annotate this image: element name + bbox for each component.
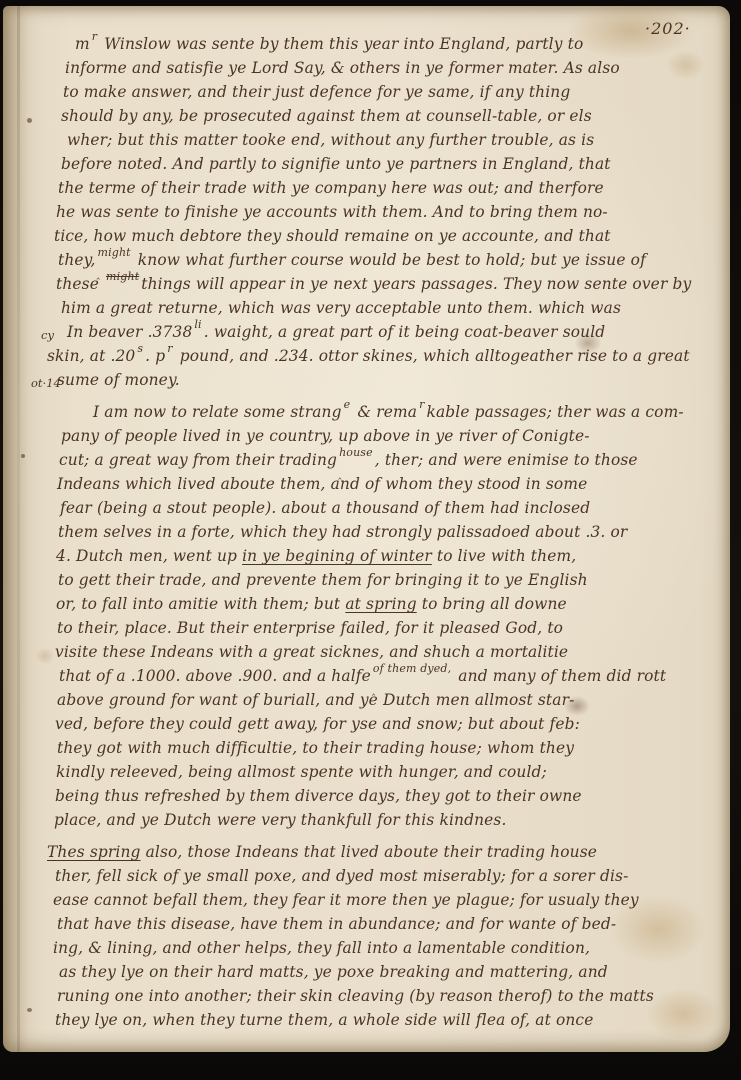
insertion-text: might bbox=[98, 248, 131, 258]
text-run: ther, fell sick of ye small poxe, and dy… bbox=[55, 867, 628, 885]
interlinear-insertion: li bbox=[192, 320, 203, 344]
manuscript-line: runing one into another; their skin clea… bbox=[57, 984, 715, 1008]
text-run: runing one into another; their skin clea… bbox=[57, 987, 654, 1005]
manuscript-line: or, to fall into amitie with them; but a… bbox=[56, 592, 715, 616]
interlinear-insertion: r bbox=[417, 400, 426, 424]
insertion-text: e bbox=[344, 400, 351, 410]
manuscript-line: that have this disease, have them in abu… bbox=[57, 912, 715, 936]
manuscript-line: ease cannot befall them, they fear it mo… bbox=[53, 888, 715, 912]
text-run: kable passages; ther was a com- bbox=[426, 403, 683, 421]
paragraph: mr Winslow was sente by them this year i… bbox=[53, 32, 715, 392]
manuscript-line: informe and satisfie ye Lord Say, & othe… bbox=[65, 56, 715, 80]
manuscript-page: ·202· mr Winslow was sente by them this … bbox=[3, 6, 730, 1052]
text-run: they got with much difficultie, to their… bbox=[57, 739, 574, 757]
underlined-phrase: Thes spring bbox=[47, 843, 141, 861]
text-run: wher; but this matter tooke end, without… bbox=[67, 131, 594, 149]
interlinear-insertion: ‸house bbox=[337, 448, 375, 472]
text-run: . p bbox=[145, 347, 165, 365]
manuscript-line: they got with much difficultie, to their… bbox=[57, 736, 715, 760]
text-run: visite these Indeans with a great sickne… bbox=[55, 643, 568, 661]
paragraph: Thes spring also, those Indeans that liv… bbox=[53, 840, 715, 1032]
manuscript-line: ing, & lining, and other helps, they fal… bbox=[53, 936, 715, 960]
struck-insertion: might bbox=[104, 272, 141, 296]
text-run: that of a .1000. above .900. and a halfe bbox=[59, 667, 371, 685]
manuscript-line: Indeans which lived aboute them, and of … bbox=[57, 472, 715, 496]
manuscript-line: cut; a great way from their trading‸hous… bbox=[59, 448, 715, 472]
text-run: . waight, a great part of it being coat-… bbox=[204, 323, 606, 341]
manuscript-photo: ·202· mr Winslow was sente by them this … bbox=[0, 0, 741, 1080]
text-run: fear (being a stout people). about a tho… bbox=[60, 499, 590, 517]
manuscript-line: cyIn beaver .3738li. waight, a great par… bbox=[67, 320, 715, 344]
text-run: as they lye on their hard matts, ye poxe… bbox=[59, 963, 608, 981]
interlinear-insertion: r bbox=[90, 32, 99, 56]
manuscript-line: visite these Indeans with a great sickne… bbox=[55, 640, 715, 664]
underlined-phrase: in ye begining of winter bbox=[242, 547, 432, 565]
manuscript-line: ther, fell sick of ye small poxe, and dy… bbox=[55, 864, 715, 888]
manuscript-line: Thes spring also, those Indeans that liv… bbox=[47, 840, 715, 864]
manuscript-line: above ground for want of buriall, and ye… bbox=[57, 688, 715, 712]
ink-speck bbox=[27, 1008, 32, 1012]
text-run: sume of money. bbox=[57, 371, 180, 389]
text-run: to live with them, bbox=[432, 547, 576, 565]
manuscript-line: pany of people lived in ye country, up a… bbox=[61, 424, 715, 448]
text-run: to gett their trade, and prevente them f… bbox=[58, 571, 588, 589]
interlinear-insertion: ‸of them dyed, bbox=[371, 664, 453, 688]
text-run: know what further course would be best t… bbox=[133, 251, 646, 269]
manuscript-line: to gett their trade, and prevente them f… bbox=[58, 568, 715, 592]
text-run: these bbox=[56, 275, 104, 293]
text-run: informe and satisfie ye Lord Say, & othe… bbox=[65, 59, 620, 77]
manuscript-text: mr Winslow was sente by them this year i… bbox=[53, 32, 715, 1032]
manuscript-line: mr Winslow was sente by them this year i… bbox=[75, 32, 715, 56]
manuscript-line: that of a .1000. above .900. and a halfe… bbox=[59, 664, 715, 688]
text-run: In beaver .3738 bbox=[67, 323, 192, 341]
text-run: that have this disease, have them in abu… bbox=[57, 915, 616, 933]
page-crease bbox=[17, 6, 20, 1052]
manuscript-line: kindly releeved, being allmost spente wi… bbox=[56, 760, 715, 784]
text-run: , ther; and were enimise to those bbox=[375, 451, 638, 469]
text-run: cut; a great way from their trading bbox=[59, 451, 337, 469]
margin-note: ot·14· bbox=[31, 371, 65, 395]
manuscript-line: ved, before they could gett away, for ys… bbox=[55, 712, 715, 736]
text-run: kindly releeved, being allmost spente wi… bbox=[56, 763, 547, 781]
text-run: to their, place. But their enterprise fa… bbox=[57, 619, 563, 637]
manuscript-line: the terme of their trade with ye company… bbox=[58, 176, 715, 200]
manuscript-line: them selves in a forte, which they had s… bbox=[58, 520, 715, 544]
text-run: they lye on, when they turne them, a who… bbox=[55, 1011, 593, 1029]
text-run: and many of them did rott bbox=[453, 667, 666, 685]
insertion-text: r bbox=[92, 32, 97, 42]
manuscript-line: I am now to relate some strange & remark… bbox=[93, 400, 715, 424]
text-run: the terme of their trade with ye company… bbox=[58, 179, 604, 197]
insertion-text: s bbox=[137, 344, 143, 354]
text-run: & rema bbox=[352, 403, 417, 421]
text-run: him a great returne, which was very acce… bbox=[61, 299, 621, 317]
text-run: Indeans which lived aboute them, and of … bbox=[57, 475, 587, 493]
manuscript-line: these mightthings will appear in ye next… bbox=[56, 272, 715, 296]
text-run: pany of people lived in ye country, up a… bbox=[61, 427, 590, 445]
text-run: tice, how much debtore they should remai… bbox=[54, 227, 611, 245]
text-run: skin, at .20 bbox=[47, 347, 135, 365]
text-run: ved, before they could gett away, for ys… bbox=[55, 715, 580, 733]
text-run: being thus refreshed by them diverce day… bbox=[55, 787, 582, 805]
manuscript-line: tice, how much debtore they should remai… bbox=[54, 224, 715, 248]
text-run: ease cannot befall them, they fear it mo… bbox=[53, 891, 639, 909]
manuscript-line: they,‸might know what further course wou… bbox=[58, 248, 715, 272]
manuscript-line: him a great returne, which was very acce… bbox=[61, 296, 715, 320]
text-run: to make answer, and their just defence f… bbox=[63, 83, 570, 101]
manuscript-line: 4. Dutch men, went up in ye begining of … bbox=[56, 544, 715, 568]
manuscript-line: to their, place. But their enterprise fa… bbox=[57, 616, 715, 640]
manuscript-line: he was sente to finishe ye accounts with… bbox=[56, 200, 715, 224]
insertion-text: might bbox=[106, 272, 139, 282]
interlinear-insertion: e bbox=[342, 400, 353, 424]
ink-speck bbox=[27, 118, 32, 123]
underlined-phrase: at spring bbox=[345, 595, 416, 613]
manuscript-line: to make answer, and their just defence f… bbox=[63, 80, 715, 104]
interlinear-insertion: ‸might bbox=[96, 248, 133, 272]
insertion-text: li bbox=[194, 320, 201, 330]
text-run: place, and ye Dutch were very thankfull … bbox=[54, 811, 507, 829]
ink-speck bbox=[21, 454, 25, 458]
text-run: also, those Indeans that lived aboute th… bbox=[141, 843, 598, 861]
text-run: 4. Dutch men, went up bbox=[56, 547, 242, 565]
text-run: above ground for want of buriall, and ye… bbox=[57, 691, 574, 709]
text-run: ing, & lining, and other helps, they fal… bbox=[53, 939, 590, 957]
text-run: Winslow was sente by them this year into… bbox=[99, 35, 583, 53]
manuscript-line: place, and ye Dutch were very thankfull … bbox=[54, 808, 715, 832]
text-run: they, bbox=[58, 251, 96, 269]
text-run: or, to fall into amitie with them; but bbox=[56, 595, 345, 613]
text-run: them selves in a forte, which they had s… bbox=[58, 523, 627, 541]
interlinear-insertion: r bbox=[165, 344, 174, 368]
text-run: things will appear in ye next years pass… bbox=[141, 275, 691, 293]
manuscript-line: they lye on, when they turne them, a who… bbox=[55, 1008, 715, 1032]
manuscript-line: being thus refreshed by them diverce day… bbox=[55, 784, 715, 808]
manuscript-line: before noted. And partly to signifie unt… bbox=[61, 152, 715, 176]
insertion-text: r bbox=[419, 400, 424, 410]
insertion-text: r bbox=[167, 344, 172, 354]
text-run: before noted. And partly to signifie unt… bbox=[61, 155, 611, 173]
insertion-text: of them dyed, bbox=[373, 664, 451, 674]
paragraph: I am now to relate some strange & remark… bbox=[53, 400, 715, 832]
manuscript-line: fear (being a stout people). about a tho… bbox=[60, 496, 715, 520]
interlinear-insertion: s bbox=[135, 344, 145, 368]
manuscript-line: as they lye on their hard matts, ye poxe… bbox=[59, 960, 715, 984]
text-run: he was sente to finishe ye accounts with… bbox=[56, 203, 608, 221]
text-run: should by any, be prosecuted against the… bbox=[61, 107, 592, 125]
manuscript-line: ot·14·sume of money. bbox=[57, 368, 715, 392]
text-run: m bbox=[75, 35, 90, 53]
text-run: to bring all downe bbox=[417, 595, 567, 613]
text-run: pound, and .234. ottor skines, which all… bbox=[175, 347, 690, 365]
insertion-text: house bbox=[339, 448, 373, 458]
manuscript-line: skin, at .20s. pr pound, and .234. ottor… bbox=[47, 344, 715, 368]
manuscript-line: should by any, be prosecuted against the… bbox=[61, 104, 715, 128]
manuscript-line: wher; but this matter tooke end, without… bbox=[67, 128, 715, 152]
text-run: I am now to relate some strang bbox=[93, 403, 342, 421]
